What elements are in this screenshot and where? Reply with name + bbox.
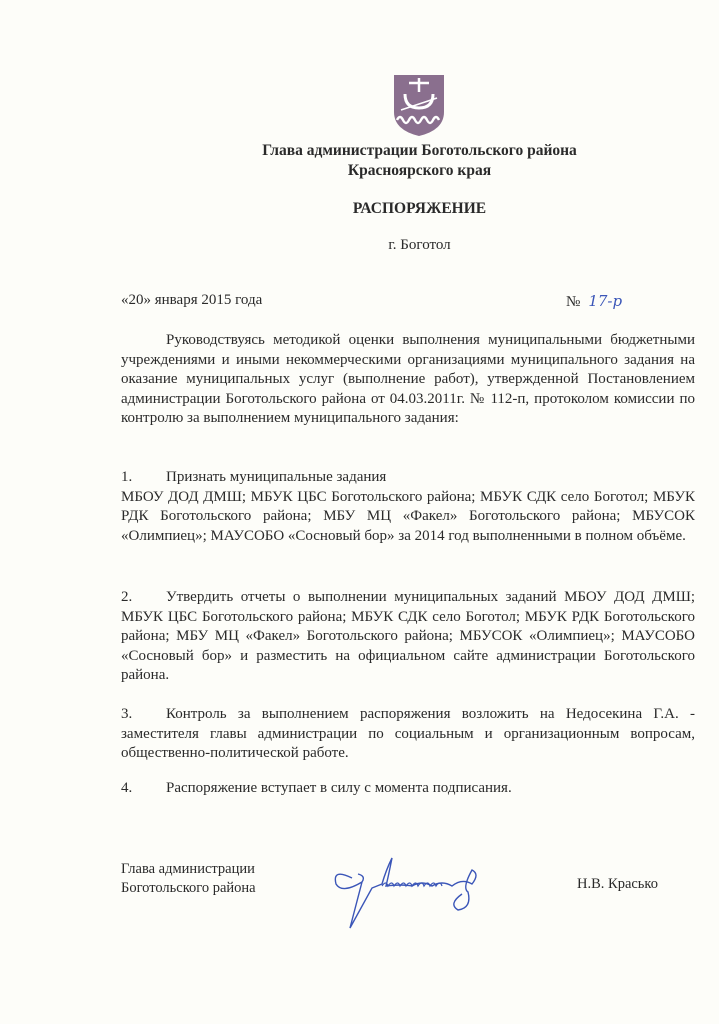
document-title: РАСПОРЯЖЕНИЕ (0, 200, 719, 218)
position-line-2: Боготольского района (121, 879, 256, 898)
item-4-text: Распоряжение вступает в силу с момента п… (166, 780, 512, 796)
coat-of-arms-icon (391, 72, 447, 138)
item-4: 4.Распоряжение вступает в силу с момента… (121, 779, 695, 799)
document-date: «20» января 2015 года (121, 292, 262, 309)
document-page: Глава администрации Боготольского района… (0, 0, 719, 1024)
signature-icon (322, 848, 492, 933)
item-4-number: 4. (121, 779, 166, 799)
item-3: 3.Контроль за выполнением распоряжения в… (121, 705, 695, 764)
item-3-number: 3. (121, 705, 166, 725)
position-line-1: Глава администрации (121, 860, 256, 879)
item-1-lead: Признать муниципальные задания (166, 469, 386, 485)
signatory-position: Глава администрации Боготольского района (121, 860, 256, 898)
item-1-text: МБОУ ДОД ДМШ; МБУК ЦБС Боготольского рай… (121, 488, 695, 547)
issuer-line-2: Красноярского края (120, 161, 719, 181)
issuer-line-1: Глава администрации Боготольского района (120, 141, 719, 161)
item-2-text: Утвердить отчеты о выполнении муниципаль… (121, 589, 695, 683)
item-2-number: 2. (121, 588, 166, 608)
document-city: г. Боготол (0, 237, 719, 254)
item-1: 1.Признать муниципальные задания МБОУ ДО… (121, 468, 695, 546)
issuer-header: Глава администрации Боготольского района… (0, 141, 719, 181)
handwritten-number: 17-р (588, 292, 622, 310)
signatory-name: Н.В. Красько (577, 876, 658, 893)
item-1-number: 1. (121, 468, 166, 488)
preamble-paragraph: Руководствуясь методикой оценки выполнен… (121, 331, 695, 429)
item-3-text: Контроль за выполнением распоряжения воз… (121, 706, 695, 761)
document-number: №17-р (566, 292, 622, 311)
number-label: № (566, 294, 580, 310)
item-2: 2.Утвердить отчеты о выполнении муниципа… (121, 588, 695, 686)
